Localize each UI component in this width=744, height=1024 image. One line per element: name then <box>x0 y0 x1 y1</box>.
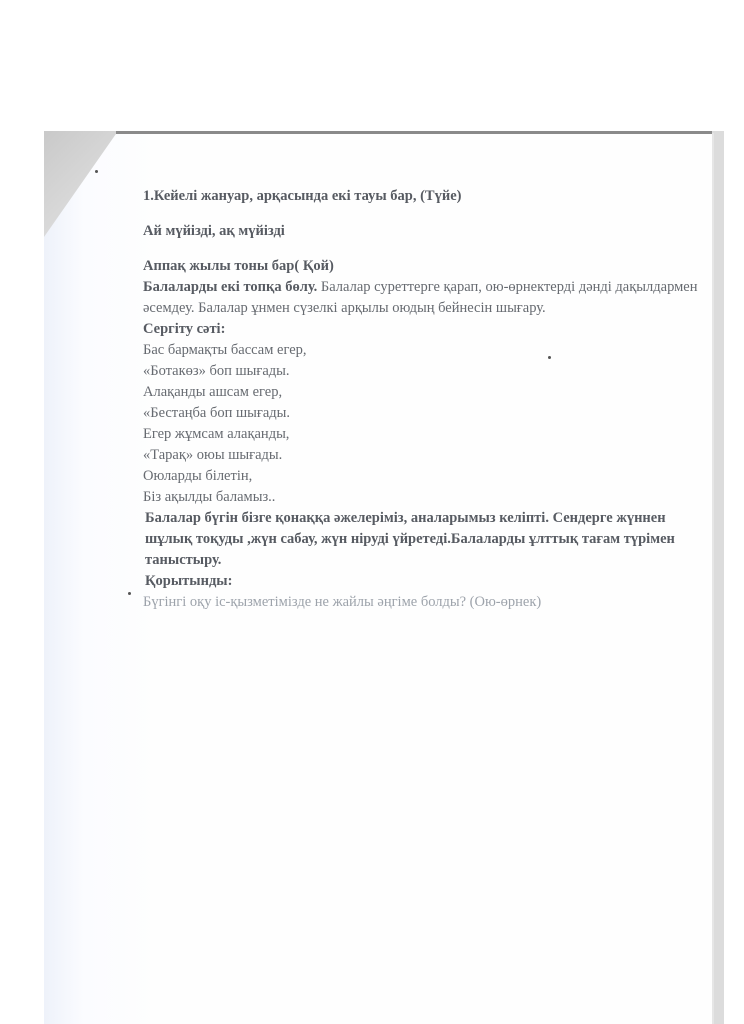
paragraph-1-bold: Балаларды екі топқа бөлу. <box>143 279 317 295</box>
section-heading: Сергіту сәті: <box>143 319 703 340</box>
scan-speck <box>95 170 98 173</box>
riddle-2: Ай мүйізді, ақ мүйізді <box>143 221 703 242</box>
poem: Бас бармақты бассам егер, «Ботакөз» боп … <box>143 340 703 508</box>
scan-speck <box>128 592 131 595</box>
paragraph-2: Балалар бүгін бізге қонаққа әжелеріміз, … <box>143 508 703 571</box>
poem-line: Бас бармақты бассам егер, <box>143 340 703 361</box>
poem-line: Оюларды білетін, <box>143 466 703 487</box>
poem-line: «Ботакөз» боп шығады. <box>143 361 703 382</box>
riddle-3: Аппақ жылы тоны бар( Қой) <box>143 256 703 277</box>
conclusion-text: Бүгінгі оқу іс-қызметімізде не жайлы әңг… <box>143 592 703 613</box>
poem-line: Алақанды ашсам егер, <box>143 382 703 403</box>
paragraph-1: Балаларды екі топқа бөлу. Балалар суретт… <box>143 277 703 319</box>
poem-line: Біз ақылды баламыз.. <box>143 487 703 508</box>
poem-line: «Тарақ» оюы шығады. <box>143 445 703 466</box>
riddle-1: 1.Кейелі жануар, арқасында екі тауы бар,… <box>143 186 703 207</box>
poem-line: «Бестаңба боп шығады. <box>143 403 703 424</box>
document-content: 1.Кейелі жануар, арқасында екі тауы бар,… <box>143 186 703 613</box>
poem-line: Егер жұмсам алақанды, <box>143 424 703 445</box>
page-top-edge <box>116 131 712 134</box>
conclusion-heading: Қорытынды: <box>143 571 703 592</box>
scan-speck <box>548 356 551 359</box>
